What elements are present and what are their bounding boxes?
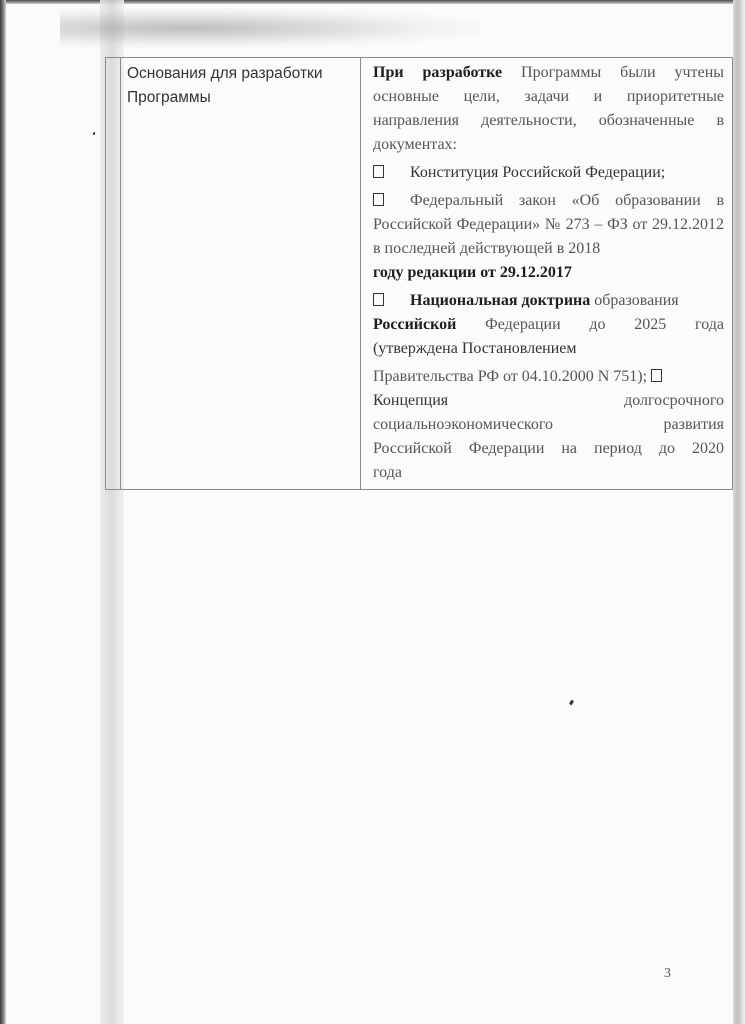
list-item-constitution: Конституция Российской Федерации; [373, 161, 724, 185]
checkbox-square-icon [651, 369, 662, 382]
concept-line1-right: долгосрочного [624, 389, 724, 413]
row-label-cell: Основания для разработки Программы [121, 58, 361, 490]
scan-speck [569, 700, 574, 706]
intro-paragraph: При разработке Программы были учтены осн… [373, 61, 724, 157]
concept-line1-left: Концепция [373, 389, 448, 413]
program-basis-table: Основания для разработки Программы При р… [105, 57, 733, 490]
list-item-line2: Российской Федерации до 2025 года [373, 313, 724, 337]
scan-top-shadow [60, 8, 480, 48]
intro-bold-lead: При разработке [373, 64, 502, 81]
list-item-line4-text: Правительства РФ от 04.10.2000 N 751); [373, 368, 647, 385]
list-item-education-law: Федеральный закон «Об образовании в Росс… [373, 189, 724, 285]
list-item-line4: Правительства РФ от 04.10.2000 N 751); [373, 365, 724, 389]
scan-right-edge [733, 0, 745, 1024]
list-item-line2-text: Федерации до 2025 года [456, 316, 724, 333]
page-number: 3 [664, 966, 671, 982]
concept-line2-left: социальноэкономического [373, 413, 553, 437]
row-label: Основания для разработки Программы [127, 65, 322, 106]
concept-line3: Российской Федерации на период до 2020 [373, 437, 724, 461]
scan-speck [92, 132, 95, 136]
checkbox-square-icon [373, 193, 384, 206]
list-item-bold-lead: Национальная доктрина [410, 292, 590, 309]
checkbox-square-icon [373, 293, 384, 306]
list-item-line2-bold: Российской [373, 316, 456, 333]
list-item-line3: (утверждена Постановлением [373, 337, 724, 361]
list-item-national-doctrine: Национальная доктрина образования Россий… [373, 289, 724, 485]
concept-line4: года [373, 461, 724, 485]
concept-line2-right: развития [664, 413, 724, 437]
list-item-tail-bold: году редакции от 29.12.2017 [373, 264, 572, 281]
list-item-text: Федеральный закон «Об образовании в Росс… [373, 192, 724, 257]
list-item-text: образования [590, 292, 678, 309]
row-number-cell [106, 58, 121, 490]
concept-line1: Концепциядолгосрочного [373, 389, 724, 413]
scan-binding-edge [0, 0, 6, 1024]
row-content-cell: При разработке Программы были учтены осн… [361, 58, 733, 490]
table-row: Основания для разработки Программы При р… [106, 58, 733, 490]
checkbox-square-icon [373, 165, 384, 178]
list-item-text: Конституция Российской Федерации; [410, 164, 665, 181]
concept-line2: социальноэкономическогоразвития [373, 413, 724, 437]
